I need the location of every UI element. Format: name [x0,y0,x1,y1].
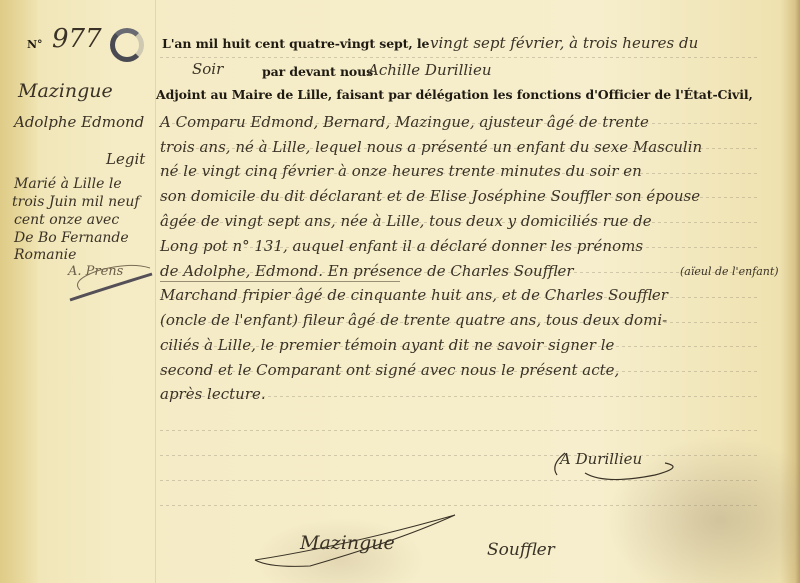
body-line: de Adolphe, Edmond. En présence de Charl… [160,262,574,280]
body-line: Long pot n° 131, auquel enfant il a décl… [160,237,643,255]
body-line: second et le Comparant ont signé avec no… [160,361,619,379]
margin-signature-flourish [60,260,160,305]
ink-stamp [110,28,144,62]
body-line: né le vingt cinq février à onze heures t… [160,162,642,180]
body-line: (oncle de l'enfant) fileur âgé de trente… [160,311,667,329]
legit-note: Legit [106,150,145,168]
father-signature-flourish [250,510,460,570]
officer-signature-flourish [545,445,705,485]
body-line: âgée de vingt sept ans, née à Lille, tou… [160,212,652,230]
register-page: N° 977 L'an mil huit cent quatre-vingt s… [0,0,800,583]
record-given-names: Adolphe Edmond [14,113,144,131]
ruled-line [160,430,760,431]
printed-line-1: L'an mil huit cent quatre-vingt sept, le [162,36,429,51]
name-underline [160,281,400,282]
officer-name: Achille Durillieu [368,61,492,79]
record-number: 977 [52,24,102,54]
margin-note-line: cent onze avec [14,212,119,228]
witness-signature: Souffler [487,540,555,560]
record-surname: Mazingue [18,80,113,102]
ruled-line [160,57,760,58]
margin-note-line: Marié à Lille le [14,176,122,192]
body-line: A Comparu Edmond, Bernard, Mazingue, aju… [160,113,649,131]
body-line: Marchand fripier âgé de cinquante huit a… [160,286,668,304]
body-line: trois ans, né à Lille, lequel nous a pré… [160,138,702,156]
record-number-label: N° [27,38,42,51]
body-line: son domicile du dit déclarant et de Elis… [160,187,700,205]
margin-note-line: trois Juin mil neuf [12,194,140,210]
body-line: ciliés à Lille, le premier témoin ayant … [160,336,614,354]
aieul-note: (aïeul de l'enfant) [680,265,779,278]
printed-line-2: par devant nous [262,64,373,79]
body-line: après lecture. [160,385,266,403]
margin-note-line: De Bo Fernande [14,230,129,246]
time-fill: Soir [192,60,223,78]
ruled-line [160,505,760,506]
printed-line-3: Adjoint au Maire de Lille, faisant par d… [156,87,753,102]
date-fill: vingt sept février, à trois heures du [430,34,698,52]
